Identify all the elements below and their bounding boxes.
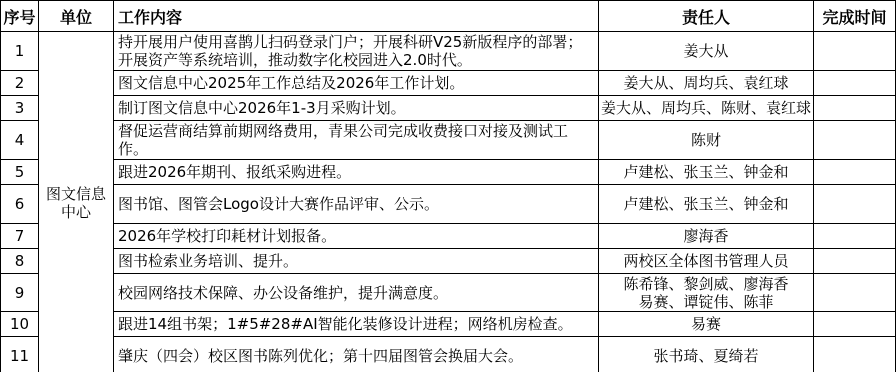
table-row: 3制订图文信息中心2026年1-3月采购计划。姜大从、周均兵、陈财、袁红球 [1, 96, 896, 121]
table-body: 1图文信息中心持开展用户使用喜鹊儿扫码登录门户；开展科研V25新版程序的部署；开… [1, 32, 896, 372]
table-row: 72026年学校打印耗材计划报备。廖海香 [1, 224, 896, 249]
column-header-deadline: 完成时间 [814, 1, 896, 32]
cell-work-content: 跟进2026年期刊、报纸采购进程。 [114, 160, 599, 185]
cell-deadline [814, 249, 896, 274]
cell-deadline [814, 160, 896, 185]
cell-deadline [814, 224, 896, 249]
cell-no: 10 [1, 312, 39, 337]
table-row: 9校园网络技术保障、办公设备维护，提升满意度。陈希锋、黎剑威、廖海香 易赛、谭锭… [1, 274, 896, 312]
unit-label: 图文信息中心 [45, 185, 107, 221]
cell-work-content: 校园网络技术保障、办公设备维护，提升满意度。 [114, 274, 599, 312]
cell-deadline [814, 185, 896, 224]
cell-no: 8 [1, 249, 39, 274]
cell-work-content: 图书馆、图管会Logo设计大赛作品评审、公示。 [114, 185, 599, 224]
cell-work-content: 2026年学校打印耗材计划报备。 [114, 224, 599, 249]
cell-work-content: 图文信息中心2025年工作总结及2026年工作计划。 [114, 71, 599, 96]
column-header-owner: 责任人 [599, 1, 814, 32]
cell-no: 6 [1, 185, 39, 224]
cell-no: 2 [1, 71, 39, 96]
cell-work-content: 持开展用户使用喜鹊儿扫码登录门户；开展科研V25新版程序的部署；开展资产等系统培… [114, 32, 599, 71]
cell-work-content: 制订图文信息中心2026年1-3月采购计划。 [114, 96, 599, 121]
table-row: 6图书馆、图管会Logo设计大赛作品评审、公示。卢建松、张玉兰、钟金和 [1, 185, 896, 224]
cell-owner: 姜大从、周均兵、陈财、袁红球 [599, 96, 814, 121]
cell-owner: 姜大从 [599, 32, 814, 71]
cell-deadline [814, 312, 896, 337]
work-plan-table: 序号单位工作内容责任人完成时间 1图文信息中心持开展用户使用喜鹊儿扫码登录门户；… [0, 0, 896, 372]
cell-no: 7 [1, 224, 39, 249]
unit-merged-cell: 图文信息中心 [39, 32, 114, 372]
cell-deadline [814, 337, 896, 372]
work-plan-sheet: 序号单位工作内容责任人完成时间 1图文信息中心持开展用户使用喜鹊儿扫码登录门户；… [0, 0, 896, 372]
table-row: 10跟进14组书架；1#5#28#AI智能化装修设计进程；网络机房检查。易赛 [1, 312, 896, 337]
cell-deadline [814, 71, 896, 96]
table-row: 1图文信息中心持开展用户使用喜鹊儿扫码登录门户；开展科研V25新版程序的部署；开… [1, 32, 896, 71]
cell-deadline [814, 96, 896, 121]
cell-no: 5 [1, 160, 39, 185]
cell-owner: 陈希锋、黎剑威、廖海香 易赛、谭锭伟、陈菲 [599, 274, 814, 312]
cell-owner: 姜大从、周均兵、袁红球 [599, 71, 814, 96]
table-row: 4督促运营商结算前期网络费用，青果公司完成收费接口对接及测试工作。陈财 [1, 121, 896, 160]
cell-owner: 两校区全体图书管理人员 [599, 249, 814, 274]
column-header-unit: 单位 [39, 1, 114, 32]
header-row: 序号单位工作内容责任人完成时间 [1, 1, 896, 32]
table-row: 8图书检索业务培训、提升。两校区全体图书管理人员 [1, 249, 896, 274]
cell-deadline [814, 274, 896, 312]
cell-deadline [814, 121, 896, 160]
cell-work-content: 肇庆（四会）校区图书陈列优化；第十四届图管会换届大会。 [114, 337, 599, 372]
table-row: 2图文信息中心2025年工作总结及2026年工作计划。姜大从、周均兵、袁红球 [1, 71, 896, 96]
cell-work-content: 督促运营商结算前期网络费用，青果公司完成收费接口对接及测试工作。 [114, 121, 599, 160]
cell-work-content: 跟进14组书架；1#5#28#AI智能化装修设计进程；网络机房检查。 [114, 312, 599, 337]
cell-no: 9 [1, 274, 39, 312]
column-header-no: 序号 [1, 1, 39, 32]
cell-owner: 廖海香 [599, 224, 814, 249]
cell-owner: 张书琦、夏绮若 [599, 337, 814, 372]
table-row: 5跟进2026年期刊、报纸采购进程。卢建松、张玉兰、钟金和 [1, 160, 896, 185]
cell-no: 4 [1, 121, 39, 160]
cell-no: 11 [1, 337, 39, 372]
cell-owner: 易赛 [599, 312, 814, 337]
cell-deadline [814, 32, 896, 71]
cell-work-content: 图书检索业务培训、提升。 [114, 249, 599, 274]
column-header-content: 工作内容 [114, 1, 599, 32]
cell-no: 3 [1, 96, 39, 121]
cell-owner: 陈财 [599, 121, 814, 160]
cell-owner: 卢建松、张玉兰、钟金和 [599, 185, 814, 224]
cell-no: 1 [1, 32, 39, 71]
cell-owner: 卢建松、张玉兰、钟金和 [599, 160, 814, 185]
table-row: 11肇庆（四会）校区图书陈列优化；第十四届图管会换届大会。张书琦、夏绮若 [1, 337, 896, 372]
